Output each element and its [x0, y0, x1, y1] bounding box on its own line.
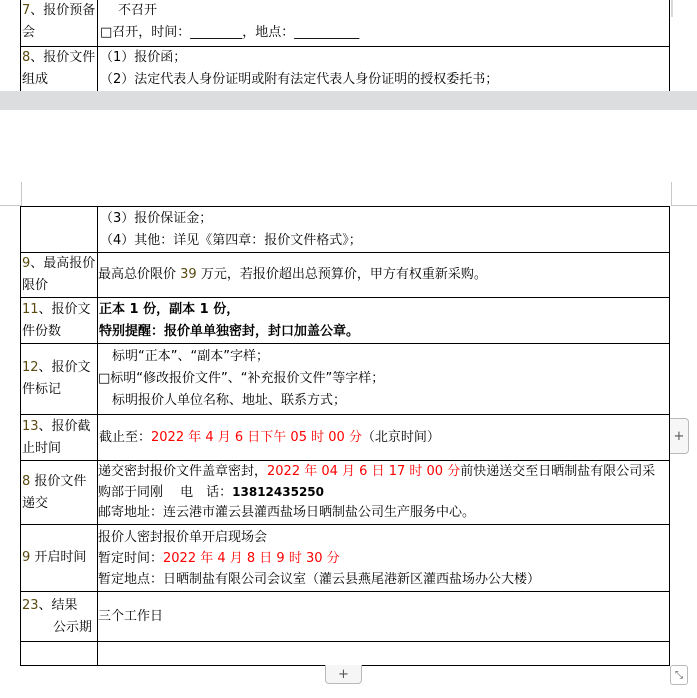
table-row-submission: 8 报价文件 递交 递交密封报价文件盖章密封，2022 年 04 月 6 日 1…: [21, 461, 670, 525]
table-row-23: 23、结果 公示期 三个工作日: [21, 592, 670, 642]
row-label[interactable]: 8、报价文件 组成: [21, 47, 98, 97]
table-row-8-cont: （3）报价保证金； （4）其他：详见《第四章：报价文件格式》；: [21, 207, 670, 253]
price-limit: 39: [180, 267, 197, 282]
deadline: 2022 年 4 月 6 日下午 05 时 00 分: [151, 430, 362, 445]
table-row-12: 12、报价文 件标记 标明“正本”、“副本”字样； □标明“修改报价文件”、“补…: [21, 344, 670, 415]
page-edge-mark: [671, 0, 673, 17]
row-value[interactable]: 正本 1 份，副本 1 份， 特别提醒：报价单单独密封，封口加盖公章。: [98, 298, 670, 344]
row-label[interactable]: 7、报价预备 会: [21, 0, 98, 47]
page2-table: （3）报价保证金； （4）其他：详见《第四章：报价文件格式》； 9、最高报价 限…: [20, 206, 670, 666]
resize-icon: ⤡: [675, 670, 683, 681]
row-value[interactable]: [98, 642, 670, 666]
table-row-13: 13、报价截 止时间 截止至：2022 年 4 月 6 日下午 05 时 00 …: [21, 415, 670, 461]
row-value[interactable]: 截止至：2022 年 4 月 6 日下午 05 时 00 分（北京时间）: [98, 415, 670, 461]
table-row-empty: [21, 642, 670, 666]
corner-mark-left-v: [21, 182, 22, 206]
table-row-7: 7、报价预备 会 不召开 □召开，时间：________，地点：________…: [21, 0, 670, 47]
row-label[interactable]: 9 开启时间: [21, 525, 98, 592]
corner-mark-right-h: [671, 205, 697, 206]
row-label[interactable]: 9、最高报价 限价: [21, 253, 98, 298]
row-value[interactable]: 三个工作日: [98, 592, 670, 642]
plus-icon: +: [338, 667, 349, 682]
option-mark-original[interactable]: 标明“正本”、“副本”字样；: [98, 346, 667, 368]
table-row-9: 9、最高报价 限价 最高总价限价 39 万元，若报价超出总预算价，甲方有权重新采…: [21, 253, 670, 298]
table-row-opening: 9 开启时间 报价人密封报价单开启现场会 暂定时间：2022 年 4 月 8 日…: [21, 525, 670, 592]
row-label[interactable]: 11、报价文 件份数: [21, 298, 98, 344]
option-not-held[interactable]: 不召开: [100, 0, 667, 22]
add-row-button[interactable]: +: [325, 665, 362, 684]
page1-table: 7、报价预备 会 不召开 □召开，时间：________，地点：________…: [20, 0, 670, 97]
add-column-button[interactable]: +: [670, 418, 689, 454]
table-row-11: 11、报价文 件份数 正本 1 份，副本 1 份， 特别提醒：报价单单独密封，封…: [21, 298, 670, 344]
corner-mark-left-h: [0, 205, 21, 206]
option-mark-modified[interactable]: □标明“修改报价文件”、“补充报价文件”等字样；: [98, 368, 667, 390]
row-label[interactable]: [21, 642, 98, 666]
option-mark-name[interactable]: 标明报价人单位名称、地址、联系方式；: [98, 390, 667, 412]
corner-mark-right-v: [671, 182, 672, 206]
row-value[interactable]: （3）报价保证金； （4）其他：详见《第四章：报价文件格式》；: [98, 207, 670, 253]
option-held[interactable]: □召开，时间：________，地点：__________: [100, 22, 667, 44]
row-value[interactable]: 报价人密封报价单开启现场会 暂定时间：2022 年 4 月 8 日 9 时 30…: [98, 525, 670, 592]
row-label[interactable]: 23、结果 公示期: [21, 592, 98, 642]
table-resize-handle[interactable]: ⤡: [670, 665, 688, 685]
row-label[interactable]: 13、报价截 止时间: [21, 415, 98, 461]
table-row-8: 8、报价文件 组成 （1）报价函； （2）法定代表人身份证明或附有法定代表人身份…: [21, 47, 670, 97]
row-value[interactable]: 标明“正本”、“副本”字样； □标明“修改报价文件”、“补充报价文件”等字样； …: [98, 344, 670, 415]
phone-number: 13812435250: [232, 485, 324, 499]
row-value[interactable]: 不召开 □召开，时间：________，地点：__________: [98, 0, 670, 47]
opening-time: 2022 年 4 月 8 日 9 时 30 分: [163, 551, 340, 566]
submission-deadline: 2022 年 04 月 6 日 17 时 00 分: [267, 464, 460, 479]
row-value[interactable]: 递交密封报价文件盖章密封，2022 年 04 月 6 日 17 时 00 分前快…: [98, 461, 670, 525]
page-gap: [0, 91, 697, 110]
row-label[interactable]: 12、报价文 件标记: [21, 344, 98, 415]
row-value[interactable]: （1）报价函； （2）法定代表人身份证明或附有法定代表人身份证明的授权委托书；: [98, 47, 670, 97]
row-label[interactable]: [21, 207, 98, 253]
plus-icon: +: [674, 429, 685, 444]
row-value[interactable]: 最高总价限价 39 万元，若报价超出总预算价，甲方有权重新采购。: [98, 253, 670, 298]
row-label[interactable]: 8 报价文件 递交: [21, 461, 98, 525]
